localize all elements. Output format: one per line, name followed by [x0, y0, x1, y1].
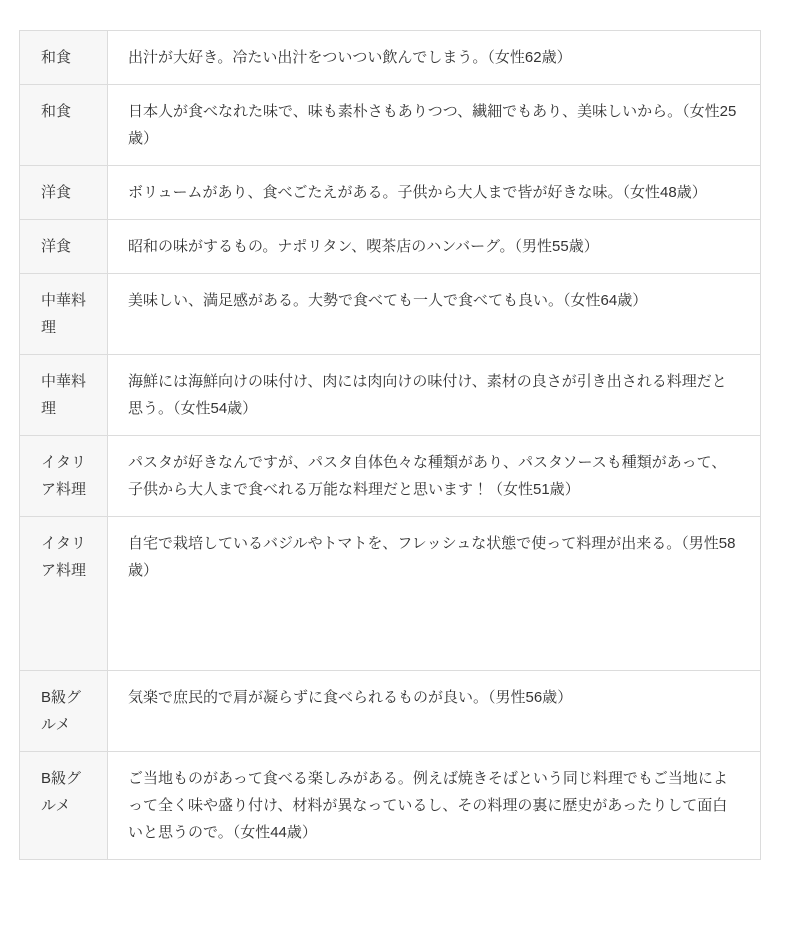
- comment-cell: 日本人が食べなれた味で、味も素朴さもありつつ、繊細でもあり、美味しいから。（女性…: [108, 85, 761, 166]
- category-cell: 中華料理: [20, 274, 108, 355]
- comment-cell: 海鮮には海鮮向けの味付け、肉には肉向けの味付け、素材の良さが引き出される料理だと…: [108, 355, 761, 436]
- comment-cell: ボリュームがあり、食べごたえがある。子供から大人まで皆が好きな味。（女性48歳）: [108, 166, 761, 220]
- category-cell: B級グルメ: [20, 671, 108, 752]
- comment-cell: パスタが好きなんですが、パスタ自体色々な種類があり、パスタソースも種類があって、…: [108, 436, 761, 517]
- table-row: 洋食 昭和の味がするもの。ナポリタン、喫茶店のハンバーグ。（男性55歳）: [20, 220, 761, 274]
- category-cell: イタリア料理: [20, 436, 108, 517]
- category-cell: B級グルメ: [20, 752, 108, 860]
- category-cell: 洋食: [20, 220, 108, 274]
- table-row: 中華料理 海鮮には海鮮向けの味付け、肉には肉向けの味付け、素材の良さが引き出され…: [20, 355, 761, 436]
- category-cell: 和食: [20, 85, 108, 166]
- table-row: 中華料理 美味しい、満足感がある。大勢で食べても一人で食べても良い。（女性64歳…: [20, 274, 761, 355]
- comment-cell: 昭和の味がするもの。ナポリタン、喫茶店のハンバーグ。（男性55歳）: [108, 220, 761, 274]
- table-row: 洋食 ボリュームがあり、食べごたえがある。子供から大人まで皆が好きな味。（女性4…: [20, 166, 761, 220]
- comment-cell: 出汁が大好き。冷たい出汁をついつい飲んでしまう。（女性62歳）: [108, 31, 761, 85]
- food-category-comments-table: 和食 出汁が大好き。冷たい出汁をついつい飲んでしまう。（女性62歳） 和食 日本…: [19, 30, 761, 860]
- comment-cell: ご当地ものがあって食べる楽しみがある。例えば焼きそばという同じ料理でもご当地によ…: [108, 752, 761, 860]
- category-cell: 洋食: [20, 166, 108, 220]
- category-cell: 和食: [20, 31, 108, 85]
- category-cell: 中華料理: [20, 355, 108, 436]
- category-cell: イタリア料理: [20, 517, 108, 671]
- comment-cell: 自宅で栽培しているバジルやトマトを、フレッシュな状態で使って料理が出来る。（男性…: [108, 517, 761, 671]
- table-row: B級グルメ ご当地ものがあって食べる楽しみがある。例えば焼きそばという同じ料理で…: [20, 752, 761, 860]
- page: 和食 出汁が大好き。冷たい出汁をついつい飲んでしまう。（女性62歳） 和食 日本…: [0, 0, 800, 926]
- table-row: B級グルメ 気楽で庶民的で肩が凝らずに食べられるものが良い。（男性56歳）: [20, 671, 761, 752]
- table-row: イタリア料理 自宅で栽培しているバジルやトマトを、フレッシュな状態で使って料理が…: [20, 517, 761, 671]
- table-row: 和食 出汁が大好き。冷たい出汁をついつい飲んでしまう。（女性62歳）: [20, 31, 761, 85]
- comment-cell: 美味しい、満足感がある。大勢で食べても一人で食べても良い。（女性64歳）: [108, 274, 761, 355]
- table-row: 和食 日本人が食べなれた味で、味も素朴さもありつつ、繊細でもあり、美味しいから。…: [20, 85, 761, 166]
- table-row: イタリア料理 パスタが好きなんですが、パスタ自体色々な種類があり、パスタソースも…: [20, 436, 761, 517]
- comment-cell: 気楽で庶民的で肩が凝らずに食べられるものが良い。（男性56歳）: [108, 671, 761, 752]
